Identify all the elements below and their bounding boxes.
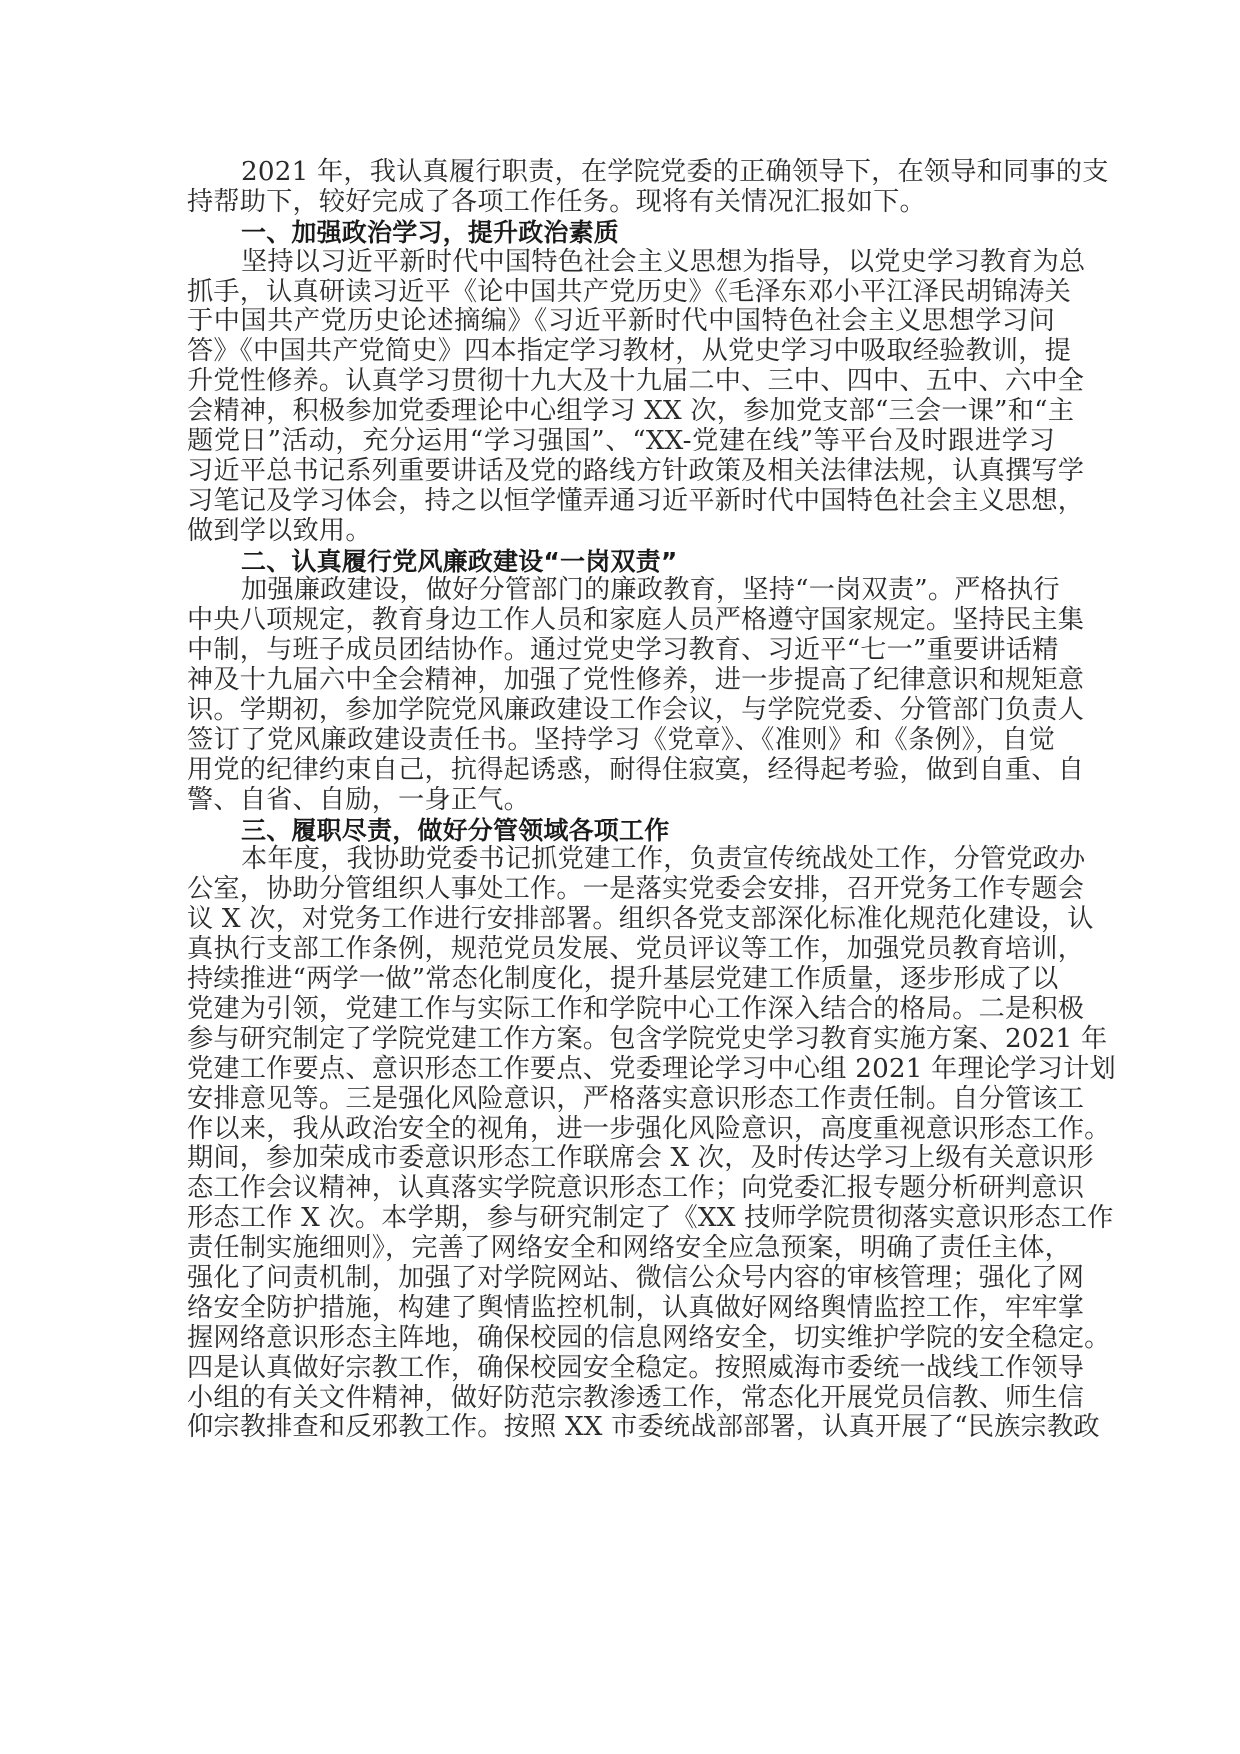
paragraph-line: 仰宗教排查和反邪教工作。按照 XX 市委统战部部署，认真开展了“民族宗教政	[187, 1413, 1055, 1443]
paragraph-line: 党建工作要点、意识形态工作要点、党委理论学习中心组 2021 年理论学习计划	[187, 1055, 1055, 1085]
document-body: 2021 年，我认真履行职责，在学院党委的正确领导下，在领导和同事的支 持帮助下…	[187, 158, 1055, 1443]
paragraph-line: 持续推进“两学一做”常态化制度化，提升基层党建工作质量，逐步形成了以	[187, 965, 1055, 995]
section-heading-3: 三、履职尽责，做好分管领域各项工作	[187, 816, 1055, 846]
paragraph-line: 警、自省、自励，一身正气。	[187, 786, 1055, 816]
paragraph-line: 抓手，认真研读习近平《论中国共产党历史》《毛泽东邓小平江泽民胡锦涛关	[187, 278, 1055, 308]
paragraph-line: 习笔记及学习体会，持之以恒学懂弄通习近平新时代中国特色社会主义思想，	[187, 487, 1055, 517]
paragraph-line: 于中国共产党历史论述摘编》《习近平新时代中国特色社会主义思想学习问	[187, 307, 1055, 337]
paragraph-line: 参与研究制定了学院党建工作方案。包含学院党史学习教育实施方案、2021 年	[187, 1025, 1055, 1055]
paragraph-line: 升党性修养。认真学习贯彻十九大及十九届二中、三中、四中、五中、六中全	[187, 367, 1055, 397]
paragraph-line: 识。学期初，参加学院党风廉政建设工作会议，与学院党委、分管部门负责人	[187, 696, 1055, 726]
paragraph-line: 中央八项规定，教育身边工作人员和家庭人员严格遵守国家规定。坚持民主集	[187, 606, 1055, 636]
paragraph-line: 期间，参加荣成市委意识形态工作联席会 X 次，及时传达学习上级有关意识形	[187, 1144, 1055, 1174]
section-heading-2: 二、认真履行党风廉政建设“一岗双责”	[187, 547, 1055, 577]
paragraph-line: 作以来，我从政治安全的视角，进一步强化风险意识，高度重视意识形态工作。	[187, 1115, 1055, 1145]
paragraph-line: 责任制实施细则》，完善了网络安全和网络安全应急预案，明确了责任主体，	[187, 1234, 1055, 1264]
paragraph-line: 加强廉政建设，做好分管部门的廉政教育，坚持“一岗双责”。严格执行	[187, 576, 1055, 606]
paragraph-line: 坚持以习近平新时代中国特色社会主义思想为指导，以党史学习教育为总	[187, 248, 1055, 278]
paragraph-line: 签订了党风廉政建设责任书。坚持学习《党章》、《准则》和《条例》，自觉	[187, 726, 1055, 756]
intro-line: 2021 年，我认真履行职责，在学院党委的正确领导下，在领导和同事的支	[187, 158, 1055, 188]
paragraph-line: 强化了问责机制，加强了对学院网站、微信公众号内容的审核管理；强化了网	[187, 1264, 1055, 1294]
document-page: 2021 年，我认真履行职责，在学院党委的正确领导下，在领导和同事的支 持帮助下…	[0, 0, 1240, 1754]
paragraph-line: 四是认真做好宗教工作，确保校园安全稳定。按照威海市委统一战线工作领导	[187, 1354, 1055, 1384]
paragraph-line: 本年度，我协助党委书记抓党建工作，负责宣传统战处工作，分管党政办	[187, 845, 1055, 875]
paragraph-line: 党建为引领，党建工作与实际工作和学院中心工作深入结合的格局。二是积极	[187, 995, 1055, 1025]
paragraph-line: 络安全防护措施，构建了舆情监控机制，认真做好网络舆情监控工作，牢牢掌	[187, 1294, 1055, 1324]
paragraph-line: 题党日”活动，充分运用“学习强国”、“XX-党建在线”等平台及时跟进学习	[187, 427, 1055, 457]
paragraph-line: 公室，协助分管组织人事处工作。一是落实党委会安排，召开党务工作专题会	[187, 875, 1055, 905]
paragraph-line: 真执行支部工作条例，规范党员发展、党员评议等工作，加强党员教育培训，	[187, 935, 1055, 965]
paragraph-line: 握网络意识形态主阵地，确保校园的信息网络安全，切实维护学院的安全稳定。	[187, 1324, 1055, 1354]
paragraph-line: 会精神，积极参加党委理论中心组学习 XX 次，参加党支部“三会一课”和“主	[187, 397, 1055, 427]
paragraph-line: 中制，与班子成员团结协作。通过党史学习教育、习近平“七一”重要讲话精	[187, 636, 1055, 666]
paragraph-line: 议 X 次，对党务工作进行安排部署。组织各党支部深化标准化规范化建设，认	[187, 905, 1055, 935]
intro-line: 持帮助下，较好完成了各项工作任务。现将有关情况汇报如下。	[187, 188, 1055, 218]
paragraph-line: 安排意见等。三是强化风险意识，严格落实意识形态工作责任制。自分管该工	[187, 1085, 1055, 1115]
section-heading-1: 一、加强政治学习，提升政治素质	[187, 218, 1055, 248]
paragraph-line: 答》《中国共产党简史》四本指定学习教材，从党史学习中吸取经验教训，提	[187, 337, 1055, 367]
paragraph-line: 态工作会议精神，认真落实学院意识形态工作；向党委汇报专题分析研判意识	[187, 1174, 1055, 1204]
paragraph-line: 小组的有关文件精神，做好防范宗教渗透工作，常态化开展党员信教、师生信	[187, 1384, 1055, 1414]
paragraph-line: 神及十九届六中全会精神，加强了党性修养，进一步提高了纪律意识和规矩意	[187, 666, 1055, 696]
paragraph-line: 形态工作 X 次。本学期，参与研究制定了《XX 技师学院贯彻落实意识形态工作	[187, 1204, 1055, 1234]
paragraph-line: 习近平总书记系列重要讲话及党的路线方针政策及相关法律法规，认真撰写学	[187, 457, 1055, 487]
paragraph-line: 用党的纪律约束自己，抗得起诱惑，耐得住寂寞，经得起考验，做到自重、自	[187, 756, 1055, 786]
paragraph-line: 做到学以致用。	[187, 517, 1055, 547]
